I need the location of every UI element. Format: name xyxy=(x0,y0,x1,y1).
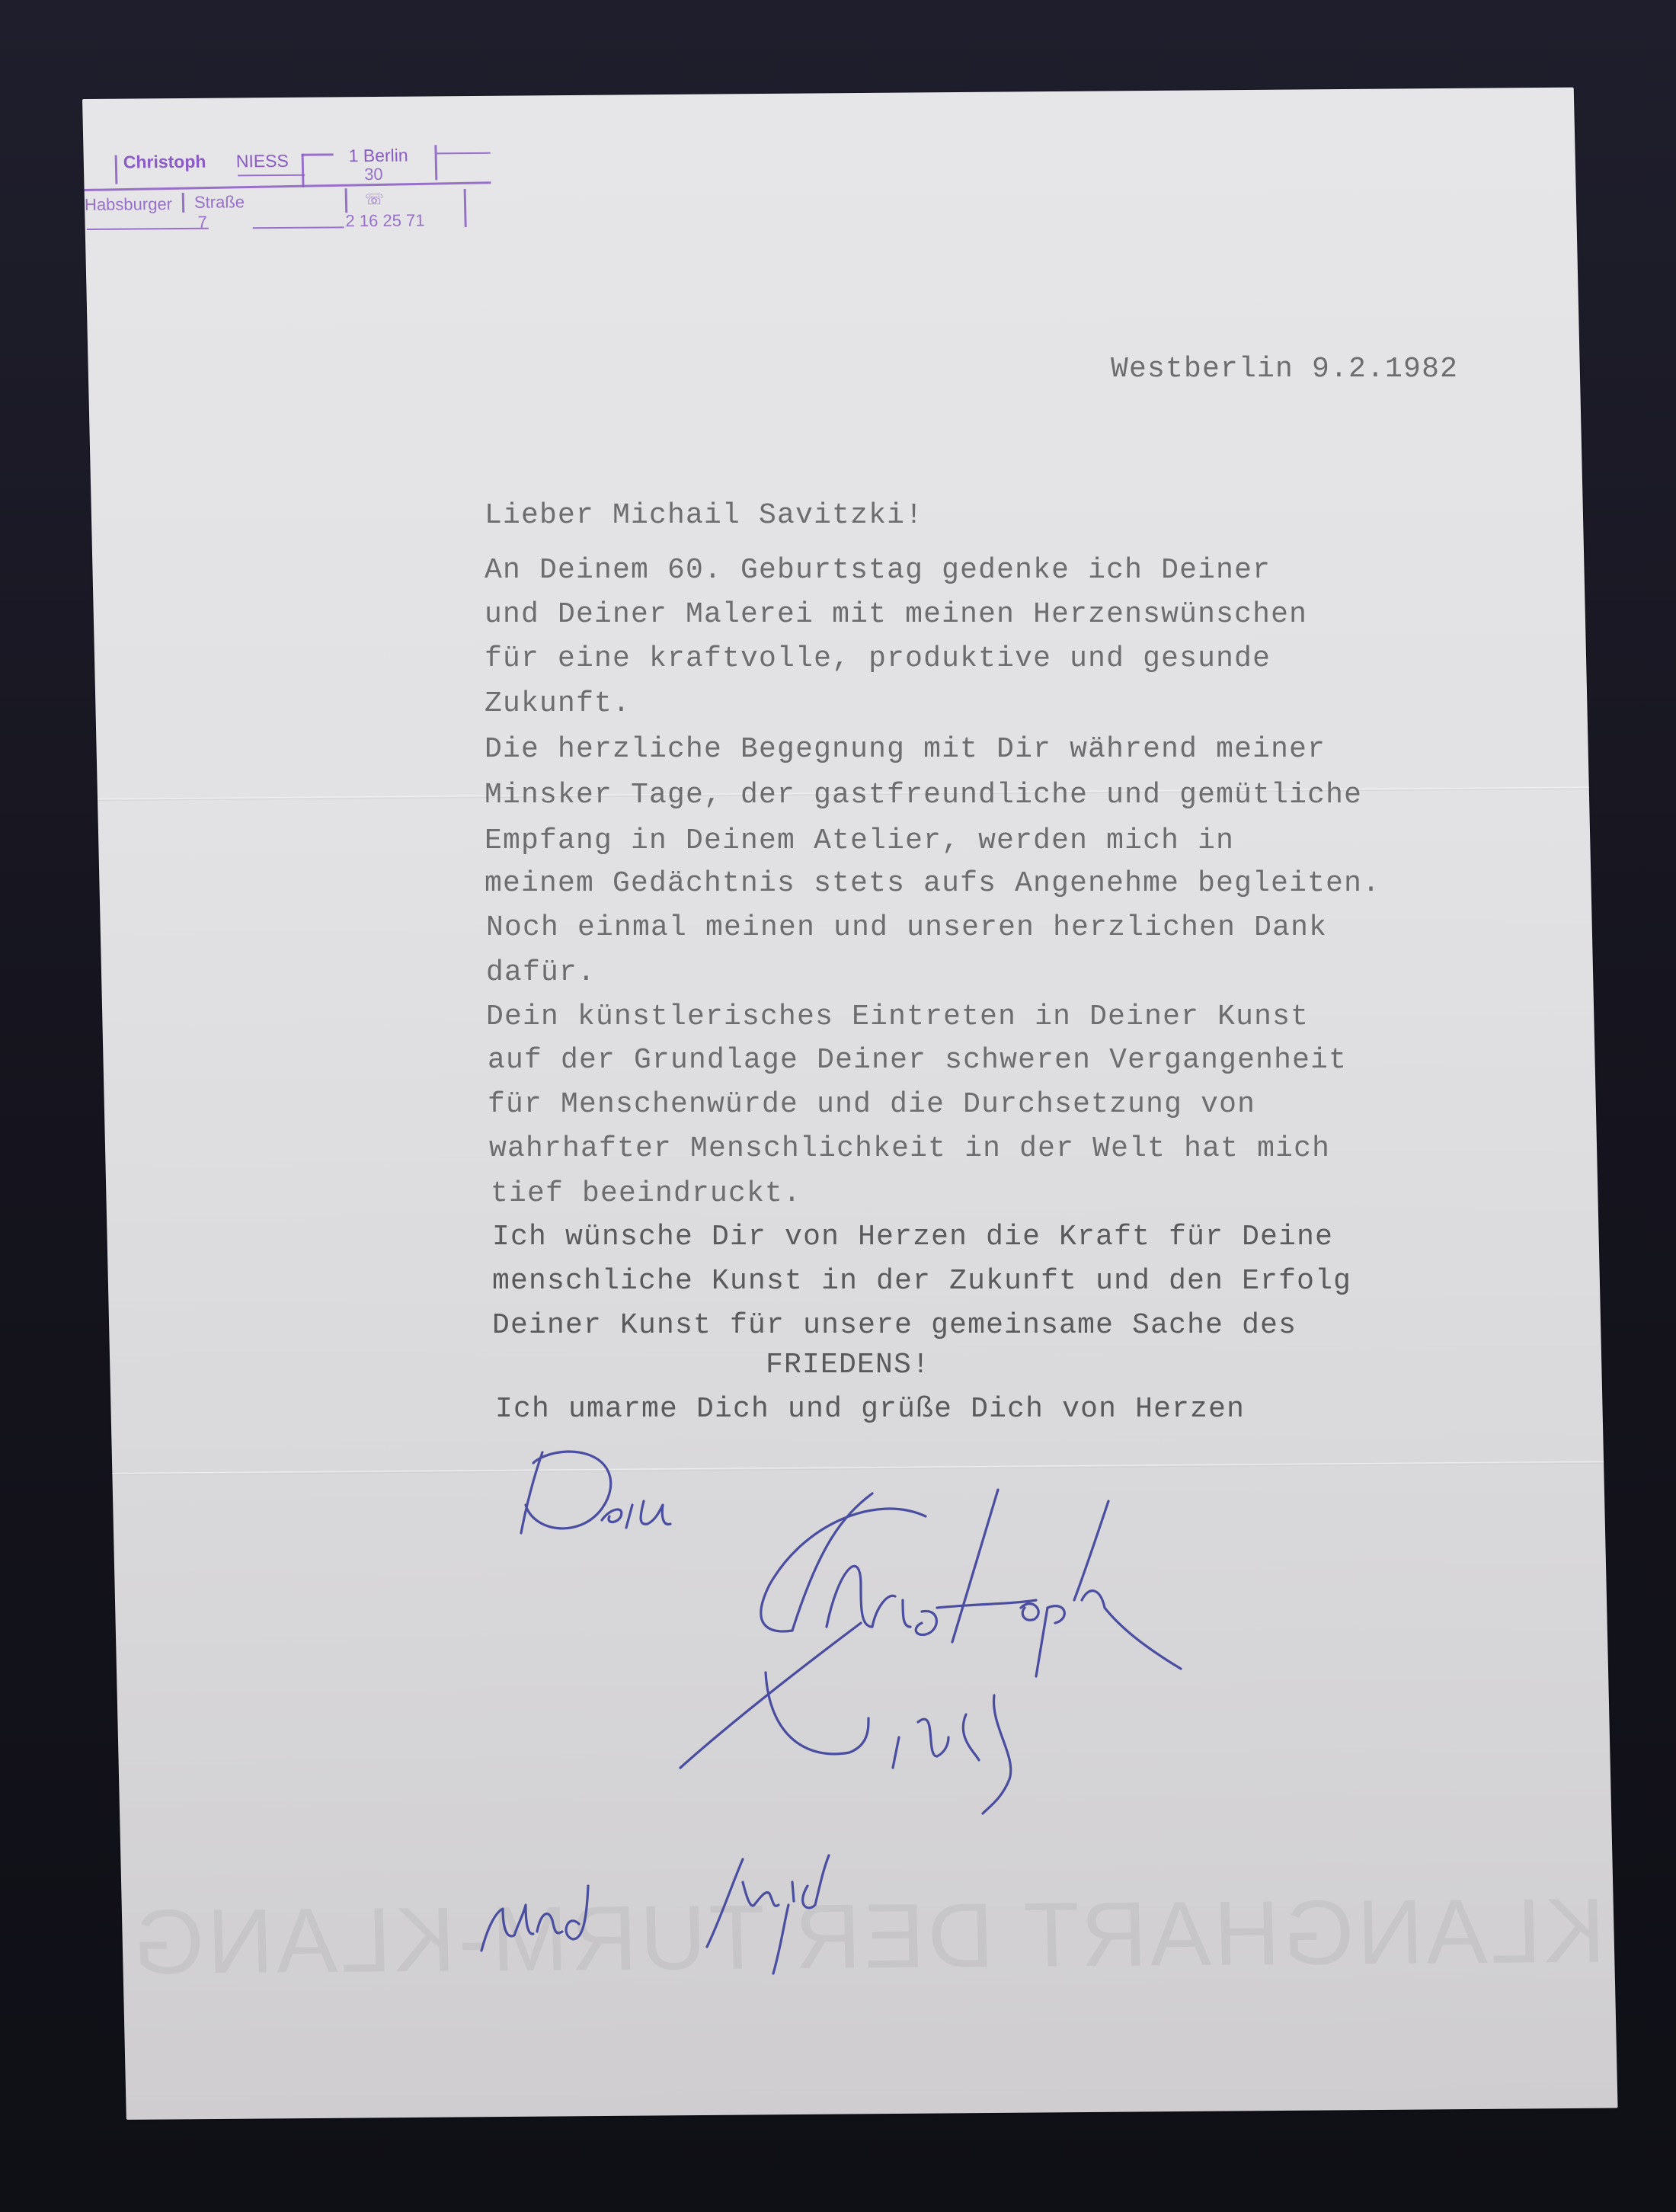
emphasis-line: FRIEDENS! xyxy=(766,1349,930,1381)
stamp-district: 30 xyxy=(364,165,383,184)
body-line: dafür. xyxy=(486,956,596,989)
body-line: Dein künstlerisches Eintreten in Deiner … xyxy=(486,1000,1309,1033)
body-line: Die herzliche Begegnung mit Dir während … xyxy=(485,733,1326,766)
stamp-street-name: Habsburger xyxy=(85,194,173,215)
stamp-last-name: NIESS xyxy=(235,151,289,172)
body-line: wahrhafter Menschlichkeit in der Welt ha… xyxy=(489,1132,1330,1165)
body-line: auf der Grundlage Deiner schweren Vergan… xyxy=(488,1044,1347,1077)
stamp-street-suffix: Straße xyxy=(194,192,245,213)
stamp-city: 1 Berlin xyxy=(348,146,408,167)
body-line: Zukunft. xyxy=(485,687,631,720)
stamp-phone: 2 16 25 71 xyxy=(345,210,425,231)
date-line: Westberlin 9.2.1982 xyxy=(1111,353,1458,386)
body-line: für eine kraftvolle, produktive und gesu… xyxy=(485,642,1271,675)
body-line: und Deiner Malerei mit meinen Herzenswün… xyxy=(485,598,1307,631)
body-line: Minsker Tage, der gastfreundliche und ge… xyxy=(485,779,1362,811)
telephone-icon: ☏ xyxy=(365,190,385,209)
body-line: Empfang in Deinem Atelier, werden mich i… xyxy=(485,824,1234,857)
body-line: menschliche Kunst in der Zukunft und den… xyxy=(492,1265,1351,1298)
body-line: tief beeindruckt. xyxy=(491,1177,801,1210)
stamp-first-name: Christoph xyxy=(123,152,206,173)
body-line: Ich wünsche Dir von Herzen die Kraft für… xyxy=(492,1221,1333,1253)
body-line: Deiner Kunst für unsere gemeinsame Sache… xyxy=(492,1309,1297,1342)
salutation: Lieber Michail Savitzki! xyxy=(485,499,923,532)
body-line: für Menschenwürde und die Durchsetzung v… xyxy=(488,1088,1255,1121)
body-line: Noch einmal meinen und unseren herzliche… xyxy=(486,911,1327,944)
body-line: An Deinem 60. Geburtstag gedenke ich Dei… xyxy=(485,554,1271,587)
closing-line: Ich umarme Dich und grüße Dich von Herze… xyxy=(495,1393,1245,1426)
fold-line-lower xyxy=(112,1461,1604,1475)
stamp-house-number: 7 xyxy=(197,213,207,232)
reverse-side-show-through: KLANGHART DER TURM-KLANG xyxy=(129,1878,1606,1995)
body-line: meinem Gedächtnis stets aufs Angenehme b… xyxy=(485,867,1380,900)
